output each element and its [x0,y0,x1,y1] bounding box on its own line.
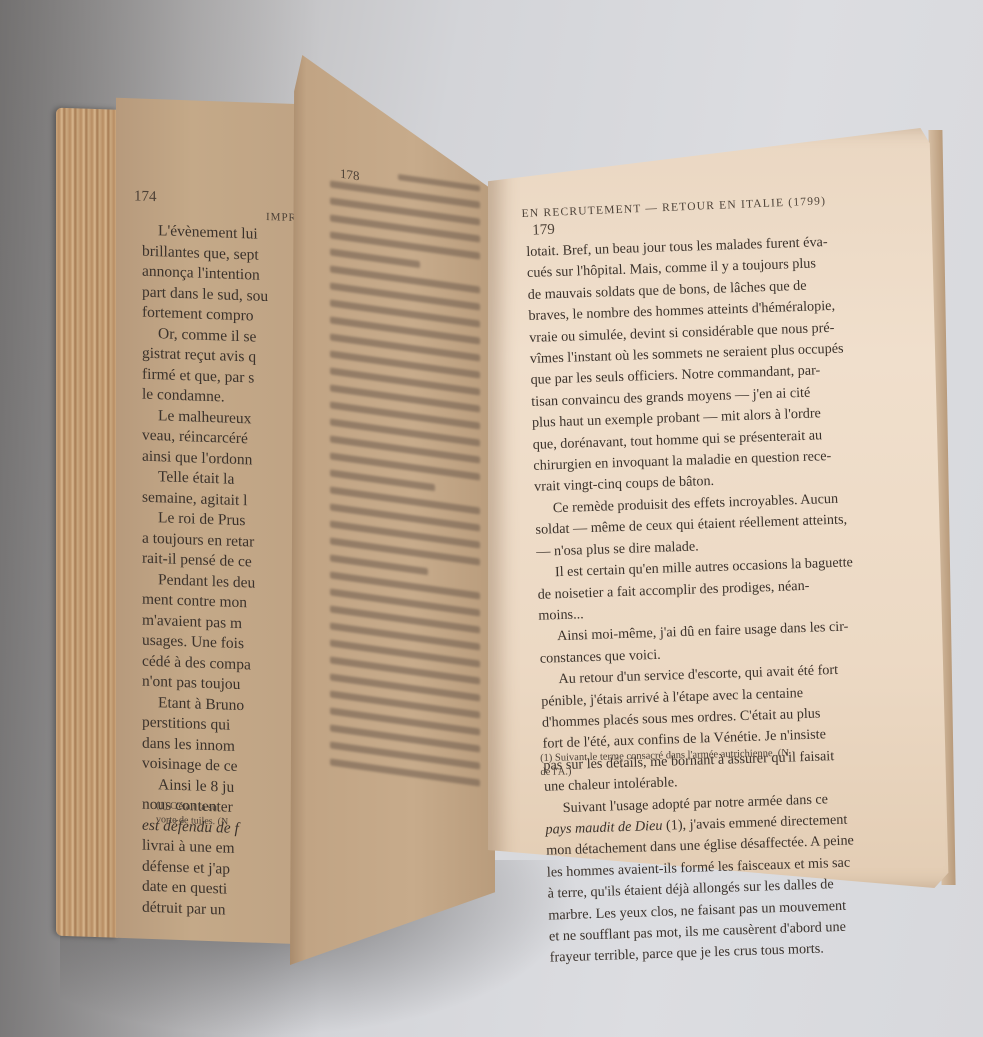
right-page-body: lotait. Bref, un beau jour tous les mala… [526,231,870,969]
left-page-block: 174 IMPR L'évènement lui brillantes que,… [56,96,306,945]
book-fore-edge [56,108,118,938]
page-178: 178 [290,55,495,965]
italic-phrase: pays maudit de Dieu [545,818,662,838]
text-line: détruit par un [142,897,306,924]
left-footnote: (1) C'était la su vorte de tuiles. (N [156,799,306,833]
running-head: IMPR [266,211,297,224]
page-174: 174 IMPR L'évènement lui brillantes que,… [116,98,306,945]
blurred-text-block [330,164,480,825]
page-number: 174 [134,188,157,206]
page-number: 179 [532,222,555,239]
